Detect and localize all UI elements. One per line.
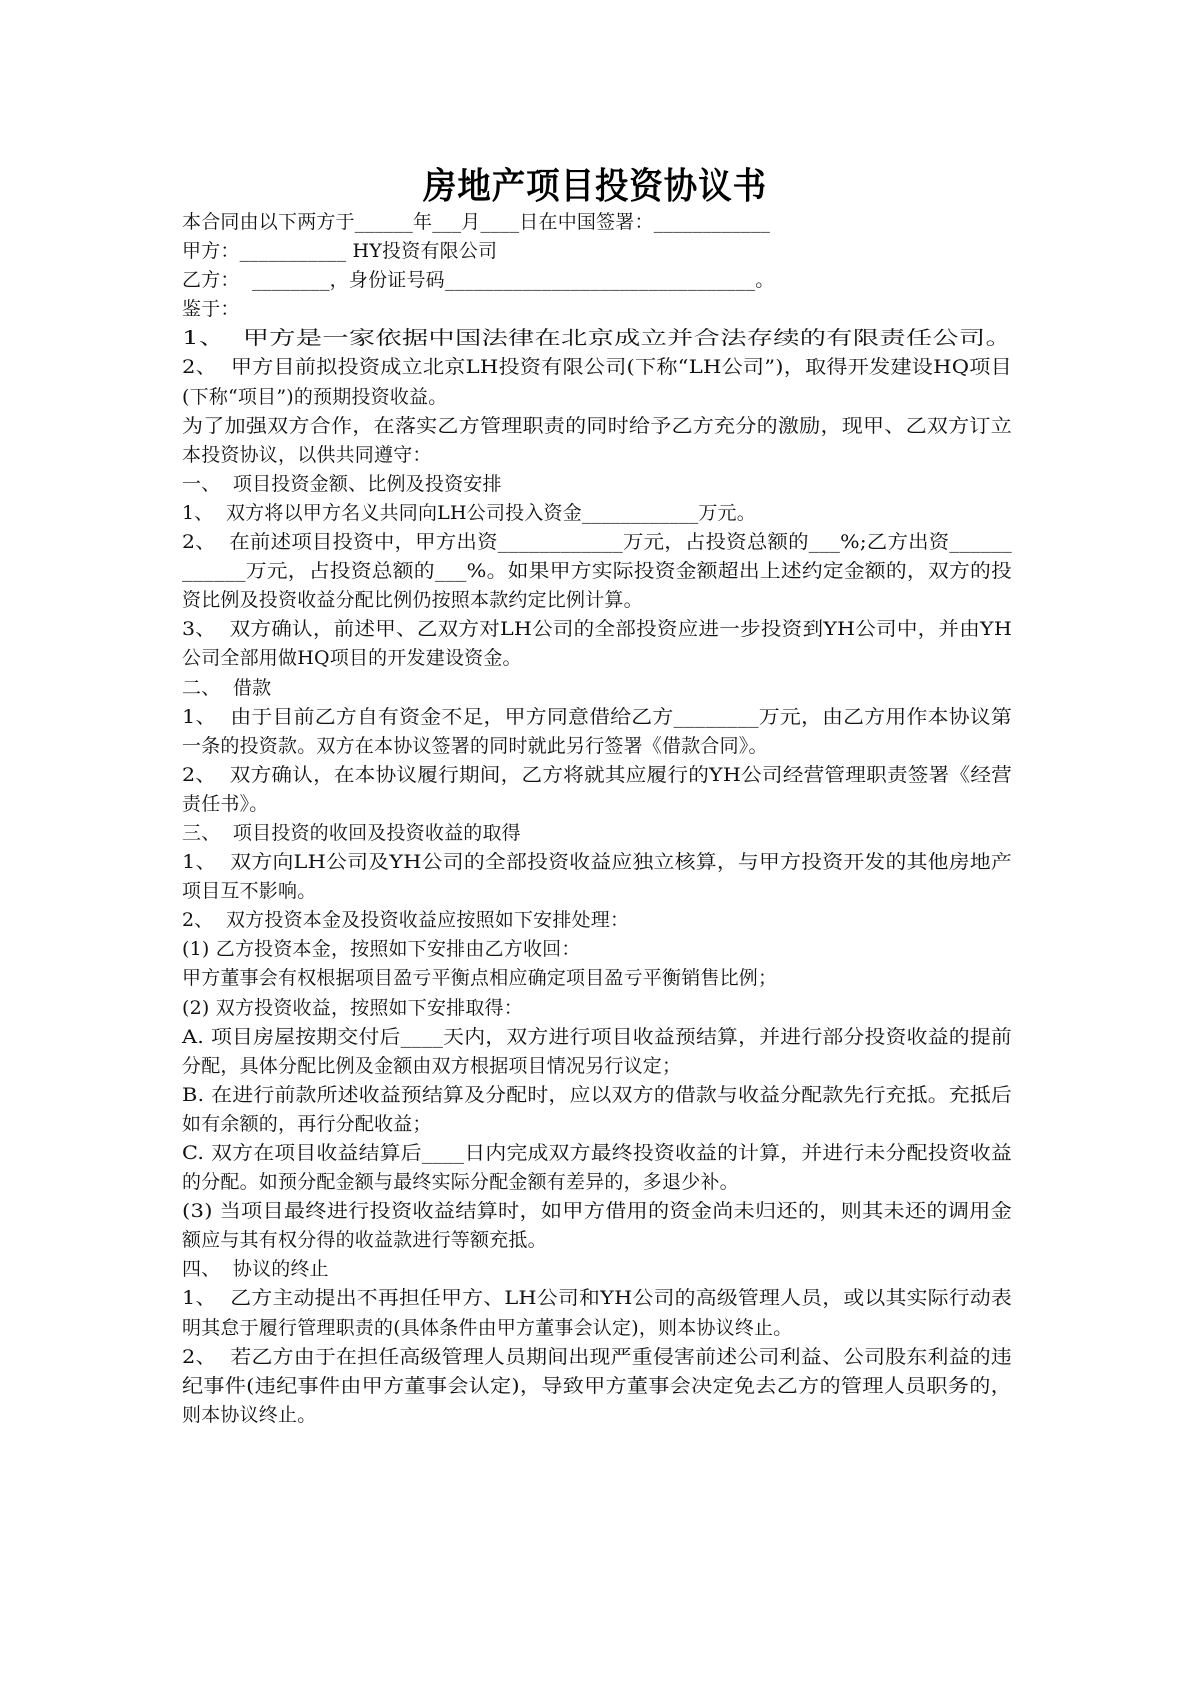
document-line: (1) 乙方投资本金，按照如下安排由乙方收回：: [182, 935, 1012, 964]
document-line: (下称“项目”)的预期投资收益。: [182, 383, 1012, 412]
line-text: 额应与其有权分得的收益款进行等额充抵。: [182, 1226, 547, 1255]
line-text: 公司全部用做HQ项目的开发建设资金。: [182, 644, 522, 673]
line-text: 本投资协议，以供共同遵守：: [182, 441, 432, 470]
line-text: (2) 双方投资收益，按照如下安排取得：: [182, 994, 523, 1023]
document-line: 明其怠于履行管理职责的(具体条件由甲方董事会认定)，则本协议终止。: [182, 1314, 1012, 1343]
line-text: 则本协议终止。: [182, 1401, 316, 1430]
line-text: (1) 乙方投资本金，按照如下安排由乙方收回：: [182, 935, 581, 964]
document-line: C. 双方在项目收益结算后____日内完成双方最终投资收益的计算，并进行未分配投…: [182, 1139, 1012, 1168]
line-text: ______万元，占投资总额的___%。如果甲方实际投资金额超出上述约定金额的，…: [182, 557, 1012, 586]
line-text: 甲方：___________ HY投资有限公司: [182, 237, 497, 266]
document-line: 1、 双方向LH公司及YH公司的全部投资收益应独立核算，与甲方投资开发的其他房地…: [182, 848, 1012, 877]
line-text: 四、 协议的终止: [182, 1255, 329, 1284]
document-line: 2、 在前述项目投资中，甲方出资____________万元，占投资总额的___…: [182, 528, 1012, 557]
line-text: 1、 甲方是一家依据中国法律在北京成立并合法存续的有限责任公司。: [182, 324, 1012, 353]
line-text: 纪事件(违纪事件由甲方董事会认定)，导致甲方董事会决定免去乙方的管理人员职务的，: [182, 1372, 1012, 1401]
line-text: 明其怠于履行管理职责的(具体条件由甲方董事会认定)，则本协议终止。: [182, 1314, 792, 1343]
document-line: 2、 若乙方由于在担任高级管理人员期间出现严重侵害前述公司利益、公司股东利益的违: [182, 1343, 1012, 1372]
line-text: C. 双方在项目收益结算后____日内完成双方最终投资收益的计算，并进行未分配投…: [182, 1139, 1012, 1168]
document-line: 一、 项目投资金额、比例及投资安排: [182, 470, 1012, 499]
line-text: 乙方： ________，身份证号码______________________…: [182, 266, 774, 295]
document-line: 公司全部用做HQ项目的开发建设资金。: [182, 644, 1012, 673]
line-text: 1、 双方将以甲方名义共同向LH公司投入资金____________万元。: [182, 499, 756, 528]
document-line: 乙方： ________，身份证号码______________________…: [182, 266, 1012, 295]
line-text: 二、 借款: [182, 674, 271, 703]
document-line: 2、 双方投资本金及投资收益应按照如下安排处理：: [182, 906, 1012, 935]
document-line: 1、 乙方主动提出不再担任甲方、LH公司和YH公司的高级管理人员，或以其实际行动…: [182, 1284, 1012, 1313]
document-line: 资比例及投资收益分配比例仍按照本款约定比例计算。: [182, 586, 1012, 615]
line-text: 资比例及投资收益分配比例仍按照本款约定比例计算。: [182, 586, 643, 615]
line-text: 甲方董事会有权根据项目盈亏平衡点相应确定项目盈亏平衡销售比例；: [182, 964, 777, 993]
line-text: A. 项目房屋按期交付后____天内，双方进行项目收益预结算，并进行部分投资收益…: [182, 1023, 1012, 1052]
line-text: 2、 双方确认，在本协议履行期间，乙方将就其应履行的YH公司经营管理职责签署《经…: [182, 761, 1012, 790]
line-text: B. 在进行前款所述收益预结算及分配时，应以双方的借款与收益分配款先行充抵。充抵…: [182, 1081, 1012, 1110]
document-line: (3) 当项目最终进行投资收益结算时，如甲方借用的资金尚未归还的，则其未还的调用…: [182, 1197, 1012, 1226]
document-line: 本投资协议，以供共同遵守：: [182, 441, 1012, 470]
line-text: 1、 双方向LH公司及YH公司的全部投资收益应独立核算，与甲方投资开发的其他房地…: [182, 848, 1012, 877]
document-line: 1、 双方将以甲方名义共同向LH公司投入资金____________万元。: [182, 499, 1012, 528]
document-line: 如有余额的，再行分配收益；: [182, 1110, 1012, 1139]
line-text: 2、 在前述项目投资中，甲方出资____________万元，占投资总额的___…: [182, 528, 1012, 557]
document-line: 鉴于：: [182, 295, 1012, 324]
document-line: 2、 甲方目前拟投资成立北京LH投资有限公司(下称“LH公司”)，取得开发建设H…: [182, 353, 1012, 382]
document-line: (2) 双方投资收益，按照如下安排取得：: [182, 994, 1012, 1023]
line-text: 3、 双方确认，前述甲、乙双方对LH公司的全部投资应进一步投资到YH公司中，并由…: [182, 615, 1012, 644]
document-line: 1、 由于目前乙方自有资金不足，甲方同意借给乙方________万元，由乙方用作…: [182, 703, 1012, 732]
document-line: 三、 项目投资的收回及投资收益的取得: [182, 819, 1012, 848]
line-text: (下称“项目”)的预期投资收益。: [182, 383, 447, 412]
line-text: 1、 乙方主动提出不再担任甲方、LH公司和YH公司的高级管理人员，或以其实际行动…: [182, 1284, 1012, 1313]
document-page: 房地产项目投资协议书 本合同由以下两方于______年___月____日在中国签…: [0, 0, 1190, 1683]
document-line: 额应与其有权分得的收益款进行等额充抵。: [182, 1226, 1012, 1255]
line-text: (3) 当项目最终进行投资收益结算时，如甲方借用的资金尚未归还的，则其未还的调用…: [182, 1197, 1012, 1226]
line-text: 项目互不影响。: [182, 877, 316, 906]
document-line: 项目互不影响。: [182, 877, 1012, 906]
document-line: 1、 甲方是一家依据中国法律在北京成立并合法存续的有限责任公司。: [182, 324, 1012, 353]
line-text: 一、 项目投资金额、比例及投资安排: [182, 470, 502, 499]
document-line: 甲方：___________ HY投资有限公司: [182, 237, 1012, 266]
document-line: 则本协议终止。: [182, 1401, 1012, 1430]
document-line: 四、 协议的终止: [182, 1255, 1012, 1284]
document-title: 房地产项目投资协议书: [42, 158, 1149, 209]
line-text: 如有余额的，再行分配收益；: [182, 1110, 432, 1139]
line-text: 2、 甲方目前拟投资成立北京LH投资有限公司(下称“LH公司”)，取得开发建设H…: [182, 353, 1012, 382]
document-body: 本合同由以下两方于______年___月____日在中国签署：_________…: [182, 208, 1012, 1430]
document-line: 3、 双方确认，前述甲、乙双方对LH公司的全部投资应进一步投资到YH公司中，并由…: [182, 615, 1012, 644]
line-text: 的分配。如预分配金额与最终实际分配金额有差异的，多退少补。: [182, 1168, 739, 1197]
document-line: 纪事件(违纪事件由甲方董事会认定)，导致甲方董事会决定免去乙方的管理人员职务的，: [182, 1372, 1012, 1401]
document-line: ______万元，占投资总额的___%。如果甲方实际投资金额超出上述约定金额的，…: [182, 557, 1012, 586]
line-text: 1、 由于目前乙方自有资金不足，甲方同意借给乙方________万元，由乙方用作…: [182, 703, 1012, 732]
document-line: 本合同由以下两方于______年___月____日在中国签署：_________…: [182, 208, 1012, 237]
document-line: A. 项目房屋按期交付后____天内，双方进行项目收益预结算，并进行部分投资收益…: [182, 1023, 1012, 1052]
line-text: 为了加强双方合作，在落实乙方管理职责的同时给予乙方充分的激励，现甲、乙双方订立: [182, 412, 1012, 441]
line-text: 本合同由以下两方于______年___月____日在中国签署：_________…: [182, 208, 770, 237]
line-text: 鉴于：: [182, 295, 240, 324]
document-line: 甲方董事会有权根据项目盈亏平衡点相应确定项目盈亏平衡销售比例；: [182, 964, 1012, 993]
line-text: 一条的投资款。双方在本协议签署的同时就此另行签署《借款合同》。: [182, 732, 768, 761]
line-text: 分配，具体分配比例及金额由双方根据项目情况另行议定；: [182, 1052, 681, 1081]
line-text: 2、 若乙方由于在担任高级管理人员期间出现严重侵害前述公司利益、公司股东利益的违: [182, 1343, 1012, 1372]
document-line: B. 在进行前款所述收益预结算及分配时，应以双方的借款与收益分配款先行充抵。充抵…: [182, 1081, 1012, 1110]
document-line: 的分配。如预分配金额与最终实际分配金额有差异的，多退少补。: [182, 1168, 1012, 1197]
document-line: 2、 双方确认，在本协议履行期间，乙方将就其应履行的YH公司经营管理职责签署《经…: [182, 761, 1012, 790]
line-text: 2、 双方投资本金及投资收益应按照如下安排处理：: [182, 906, 629, 935]
document-line: 二、 借款: [182, 674, 1012, 703]
line-text: 三、 项目投资的收回及投资收益的取得: [182, 819, 521, 848]
document-line: 责任书》。: [182, 790, 1012, 819]
line-text: 责任书》。: [182, 790, 269, 819]
document-line: 一条的投资款。双方在本协议签署的同时就此另行签署《借款合同》。: [182, 732, 1012, 761]
document-line: 分配，具体分配比例及金额由双方根据项目情况另行议定；: [182, 1052, 1012, 1081]
document-line: 为了加强双方合作，在落实乙方管理职责的同时给予乙方充分的激励，现甲、乙双方订立: [182, 412, 1012, 441]
